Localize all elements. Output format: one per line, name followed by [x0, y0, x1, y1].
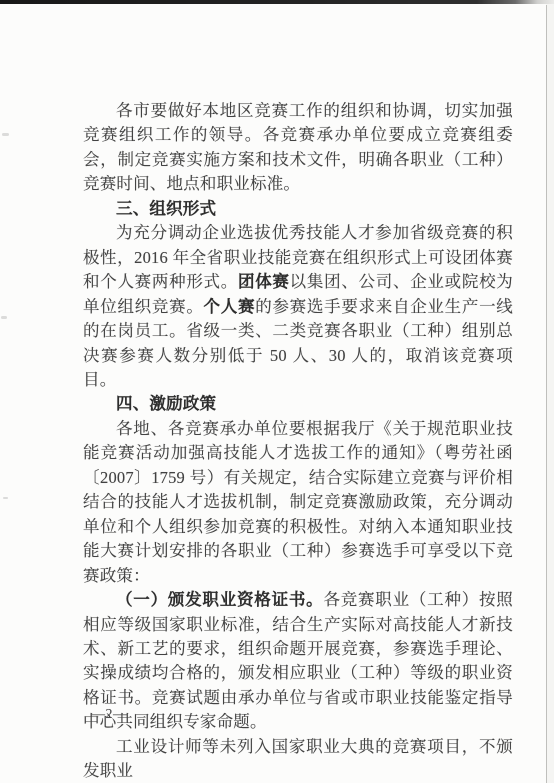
bold-text-run: 四、激励政策	[116, 394, 216, 413]
scan-artifact	[3, 497, 8, 499]
scan-artifact	[2, 133, 9, 136]
bold-text-run: 三、组织形式	[116, 199, 216, 218]
body-paragraph-1: 各市要做好本地区竞赛工作的组织和协调，切实加强竞赛组织工作的领导。各竞赛承办单位…	[83, 99, 513, 197]
scan-artifact	[1, 316, 7, 319]
document-body: 各市要做好本地区竞赛工作的组织和协调，切实加强竞赛组织工作的领导。各竞赛承办单位…	[83, 99, 513, 783]
body-paragraph-3: 各地、各竞赛承办单位要根据我厅《关于规范职业技能竞赛活动加强高技能人才选拔工作的…	[83, 417, 513, 588]
text-run: 各地、各竞赛承办单位要根据我厅《关于规范职业技能竞赛活动加强高技能人才选拔工作的…	[83, 419, 513, 585]
heading-section-4: 四、激励政策	[83, 392, 513, 416]
bold-text-run: 团体赛	[238, 272, 290, 291]
body-paragraph-5: 工业设计师等未列入国家职业大典的竞赛项目，不颁发职业	[83, 735, 513, 783]
bold-text-run: 个人赛	[204, 297, 256, 316]
scan-top-edge	[0, 0, 554, 4]
body-paragraph-2: 为充分调动企业选拔优秀技能人才参加省级竞赛的积极性，2016 年全省职业技能竞赛…	[83, 221, 513, 392]
body-paragraph-4: （一）颁发职业资格证书。各竞赛职业（工种）按照相应等级国家职业标准，结合生产实际…	[83, 588, 513, 735]
page-right-strip	[546, 4, 554, 783]
text-run: 各竞赛职业（工种）按照相应等级国家职业标准，结合生产实际对高技能人才新技术、新工…	[83, 590, 513, 731]
scanned-document-page: 各市要做好本地区竞赛工作的组织和协调，切实加强竞赛组织工作的领导。各竞赛承办单位…	[0, 0, 554, 783]
bold-text-run: （一）颁发职业资格证书。	[116, 590, 323, 609]
page-number: —2—	[91, 707, 128, 723]
text-run: 工业设计师等未列入国家职业大典的竞赛项目，不颁发职业	[83, 737, 513, 780]
text-run: 各市要做好本地区竞赛工作的组织和协调，切实加强竞赛组织工作的领导。各竞赛承办单位…	[83, 101, 513, 193]
page-right-edge-line	[546, 5, 547, 783]
heading-section-3: 三、组织形式	[83, 197, 513, 221]
